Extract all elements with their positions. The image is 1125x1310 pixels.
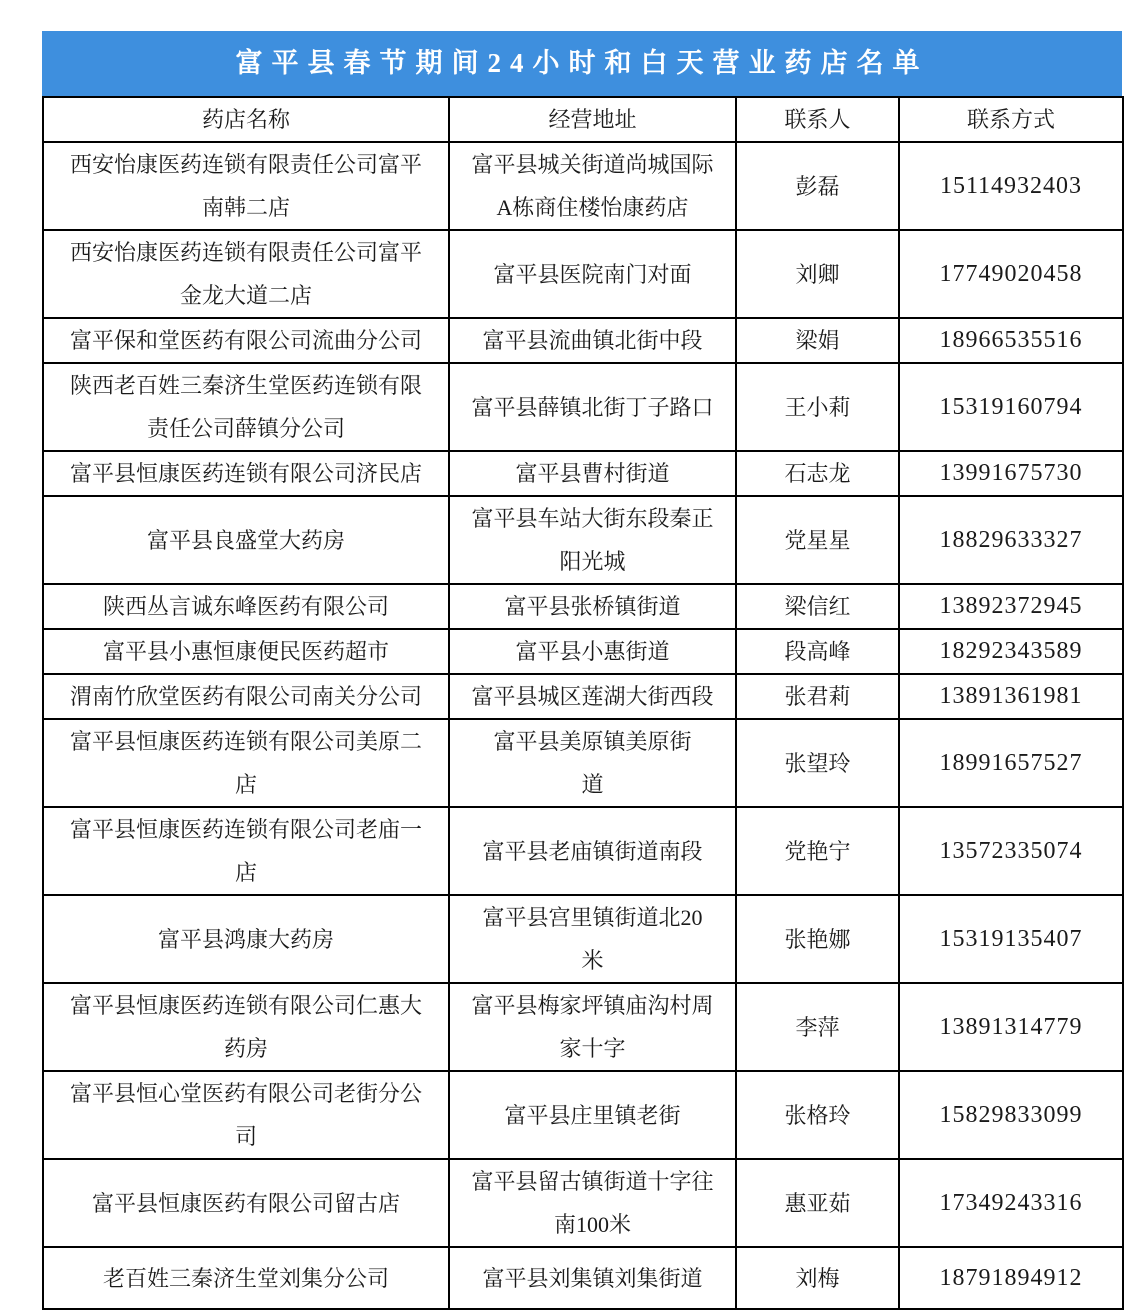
cell-phone: 18292343589 bbox=[899, 629, 1123, 674]
cell-address: 富平县曹村街道 bbox=[449, 451, 736, 496]
cell-contact: 段高峰 bbox=[736, 629, 899, 674]
table-row: 渭南竹欣堂医药有限公司南关分公司富平县城区莲湖大街西段张君莉1389136198… bbox=[43, 674, 1123, 719]
cell-phone: 18829633327 bbox=[899, 496, 1123, 584]
cell-address: 富平县车站大街东段秦正 阳光城 bbox=[449, 496, 736, 584]
table-row: 富平县恒康医药连锁有限公司美原二 店富平县美原镇美原街 道张望玲18991657… bbox=[43, 719, 1123, 807]
table-row: 陕西丛言诚东峰医药有限公司富平县张桥镇街道梁信红13892372945 bbox=[43, 584, 1123, 629]
cell-contact: 惠亚茹 bbox=[736, 1159, 899, 1247]
header-cell-address: 经营地址 bbox=[449, 97, 736, 142]
cell-phone: 13991675730 bbox=[899, 451, 1123, 496]
cell-name: 西安怡康医药连锁有限责任公司富平 金龙大道二店 bbox=[43, 230, 449, 318]
cell-contact: 石志龙 bbox=[736, 451, 899, 496]
cell-phone: 13891314779 bbox=[899, 983, 1123, 1071]
cell-name: 富平县恒康医药连锁有限公司老庙一 店 bbox=[43, 807, 449, 895]
cell-name: 陕西丛言诚东峰医药有限公司 bbox=[43, 584, 449, 629]
cell-address: 富平县薛镇北街丁子路口 bbox=[449, 363, 736, 451]
cell-phone: 17349243316 bbox=[899, 1159, 1123, 1247]
cell-contact: 彭磊 bbox=[736, 142, 899, 230]
cell-phone: 15114932403 bbox=[899, 142, 1123, 230]
cell-contact: 梁娟 bbox=[736, 318, 899, 363]
table-row: 富平县恒心堂医药有限公司老街分公 司富平县庄里镇老街张格玲15829833099 bbox=[43, 1071, 1123, 1159]
cell-address: 富平县刘集镇刘集街道 bbox=[449, 1247, 736, 1308]
cell-name: 富平县恒康医药连锁有限公司济民店 bbox=[43, 451, 449, 496]
cell-phone: 18991657527 bbox=[899, 719, 1123, 807]
cell-address: 富平县医院南门对面 bbox=[449, 230, 736, 318]
table-row: 富平县恒康医药连锁有限公司仁惠大 药房富平县梅家坪镇庙沟村周 家十字李萍1389… bbox=[43, 983, 1123, 1071]
cell-name: 富平县小惠恒康便民医药超市 bbox=[43, 629, 449, 674]
document-title: 富平县春节期间24小时和白天营业药店名单 bbox=[42, 31, 1122, 96]
table-row: 富平县鸿康大药房富平县宫里镇街道北20 米张艳娜15319135407 bbox=[43, 895, 1123, 983]
table-row: 西安怡康医药连锁有限责任公司富平 南韩二店富平县城关街道尚城国际 A栋商住楼怡康… bbox=[43, 142, 1123, 230]
cell-name: 陕西老百姓三秦济生堂医药连锁有限 责任公司薛镇分公司 bbox=[43, 363, 449, 451]
header-cell-phone: 联系方式 bbox=[899, 97, 1123, 142]
cell-address: 富平县庄里镇老街 bbox=[449, 1071, 736, 1159]
cell-address: 富平县城区莲湖大街西段 bbox=[449, 674, 736, 719]
cell-address: 富平县留古镇街道十字往 南100米 bbox=[449, 1159, 736, 1247]
table-row: 富平县恒康医药连锁有限公司济民店富平县曹村街道石志龙13991675730 bbox=[43, 451, 1123, 496]
pharmacy-list-document: 富平县春节期间24小时和白天营业药店名单 药店名称 经营地址 联系人 联系方式 … bbox=[42, 31, 1122, 1308]
cell-phone: 13892372945 bbox=[899, 584, 1123, 629]
table-row: 富平县恒康医药连锁有限公司老庙一 店富平县老庙镇街道南段党艳宁135723350… bbox=[43, 807, 1123, 895]
cell-name: 富平县鸿康大药房 bbox=[43, 895, 449, 983]
cell-name: 渭南竹欣堂医药有限公司南关分公司 bbox=[43, 674, 449, 719]
table-row: 老百姓三秦济生堂刘集分公司富平县刘集镇刘集街道刘梅18791894912 bbox=[43, 1247, 1123, 1308]
cell-address: 富平县美原镇美原街 道 bbox=[449, 719, 736, 807]
cell-name: 富平县恒心堂医药有限公司老街分公 司 bbox=[43, 1071, 449, 1159]
table-header-row: 药店名称 经营地址 联系人 联系方式 bbox=[43, 97, 1123, 142]
cell-contact: 王小莉 bbox=[736, 363, 899, 451]
cell-address: 富平县张桥镇街道 bbox=[449, 584, 736, 629]
cell-address: 富平县城关街道尚城国际 A栋商住楼怡康药店 bbox=[449, 142, 736, 230]
cell-name: 富平保和堂医药有限公司流曲分公司 bbox=[43, 318, 449, 363]
cell-name: 老百姓三秦济生堂刘集分公司 bbox=[43, 1247, 449, 1308]
table-row: 西安怡康医药连锁有限责任公司富平 金龙大道二店富平县医院南门对面刘卿177490… bbox=[43, 230, 1123, 318]
cell-phone: 13572335074 bbox=[899, 807, 1123, 895]
pharmacy-table-body: 西安怡康医药连锁有限责任公司富平 南韩二店富平县城关街道尚城国际 A栋商住楼怡康… bbox=[43, 142, 1123, 1308]
cell-address: 富平县梅家坪镇庙沟村周 家十字 bbox=[449, 983, 736, 1071]
cell-name: 西安怡康医药连锁有限责任公司富平 南韩二店 bbox=[43, 142, 449, 230]
cell-phone: 18791894912 bbox=[899, 1247, 1123, 1308]
cell-contact: 刘卿 bbox=[736, 230, 899, 318]
cell-contact: 党艳宁 bbox=[736, 807, 899, 895]
cell-contact: 张格玲 bbox=[736, 1071, 899, 1159]
cell-address: 富平县小惠街道 bbox=[449, 629, 736, 674]
cell-name: 富平县良盛堂大药房 bbox=[43, 496, 449, 584]
cell-phone: 15319135407 bbox=[899, 895, 1123, 983]
cell-name: 富平县恒康医药连锁有限公司仁惠大 药房 bbox=[43, 983, 449, 1071]
cell-phone: 15319160794 bbox=[899, 363, 1123, 451]
cell-contact: 张望玲 bbox=[736, 719, 899, 807]
cell-address: 富平县老庙镇街道南段 bbox=[449, 807, 736, 895]
table-row: 富平县恒康医药有限公司留古店富平县留古镇街道十字往 南100米惠亚茹173492… bbox=[43, 1159, 1123, 1247]
cell-contact: 张君莉 bbox=[736, 674, 899, 719]
cell-name: 富平县恒康医药有限公司留古店 bbox=[43, 1159, 449, 1247]
header-cell-contact: 联系人 bbox=[736, 97, 899, 142]
cell-phone: 15829833099 bbox=[899, 1071, 1123, 1159]
pharmacy-table: 药店名称 经营地址 联系人 联系方式 西安怡康医药连锁有限责任公司富平 南韩二店… bbox=[42, 96, 1124, 1308]
cell-contact: 张艳娜 bbox=[736, 895, 899, 983]
cell-contact: 刘梅 bbox=[736, 1247, 899, 1308]
cell-phone: 18966535516 bbox=[899, 318, 1123, 363]
cell-name: 富平县恒康医药连锁有限公司美原二 店 bbox=[43, 719, 449, 807]
table-row: 富平县小惠恒康便民医药超市富平县小惠街道段高峰18292343589 bbox=[43, 629, 1123, 674]
table-row: 富平县良盛堂大药房富平县车站大街东段秦正 阳光城党星星18829633327 bbox=[43, 496, 1123, 584]
table-row: 陕西老百姓三秦济生堂医药连锁有限 责任公司薛镇分公司富平县薛镇北街丁子路口王小莉… bbox=[43, 363, 1123, 451]
cell-contact: 党星星 bbox=[736, 496, 899, 584]
cell-address: 富平县宫里镇街道北20 米 bbox=[449, 895, 736, 983]
header-cell-name: 药店名称 bbox=[43, 97, 449, 142]
table-row: 富平保和堂医药有限公司流曲分公司富平县流曲镇北街中段梁娟18966535516 bbox=[43, 318, 1123, 363]
cell-contact: 梁信红 bbox=[736, 584, 899, 629]
cell-phone: 13891361981 bbox=[899, 674, 1123, 719]
cell-phone: 17749020458 bbox=[899, 230, 1123, 318]
cell-address: 富平县流曲镇北街中段 bbox=[449, 318, 736, 363]
cell-contact: 李萍 bbox=[736, 983, 899, 1071]
